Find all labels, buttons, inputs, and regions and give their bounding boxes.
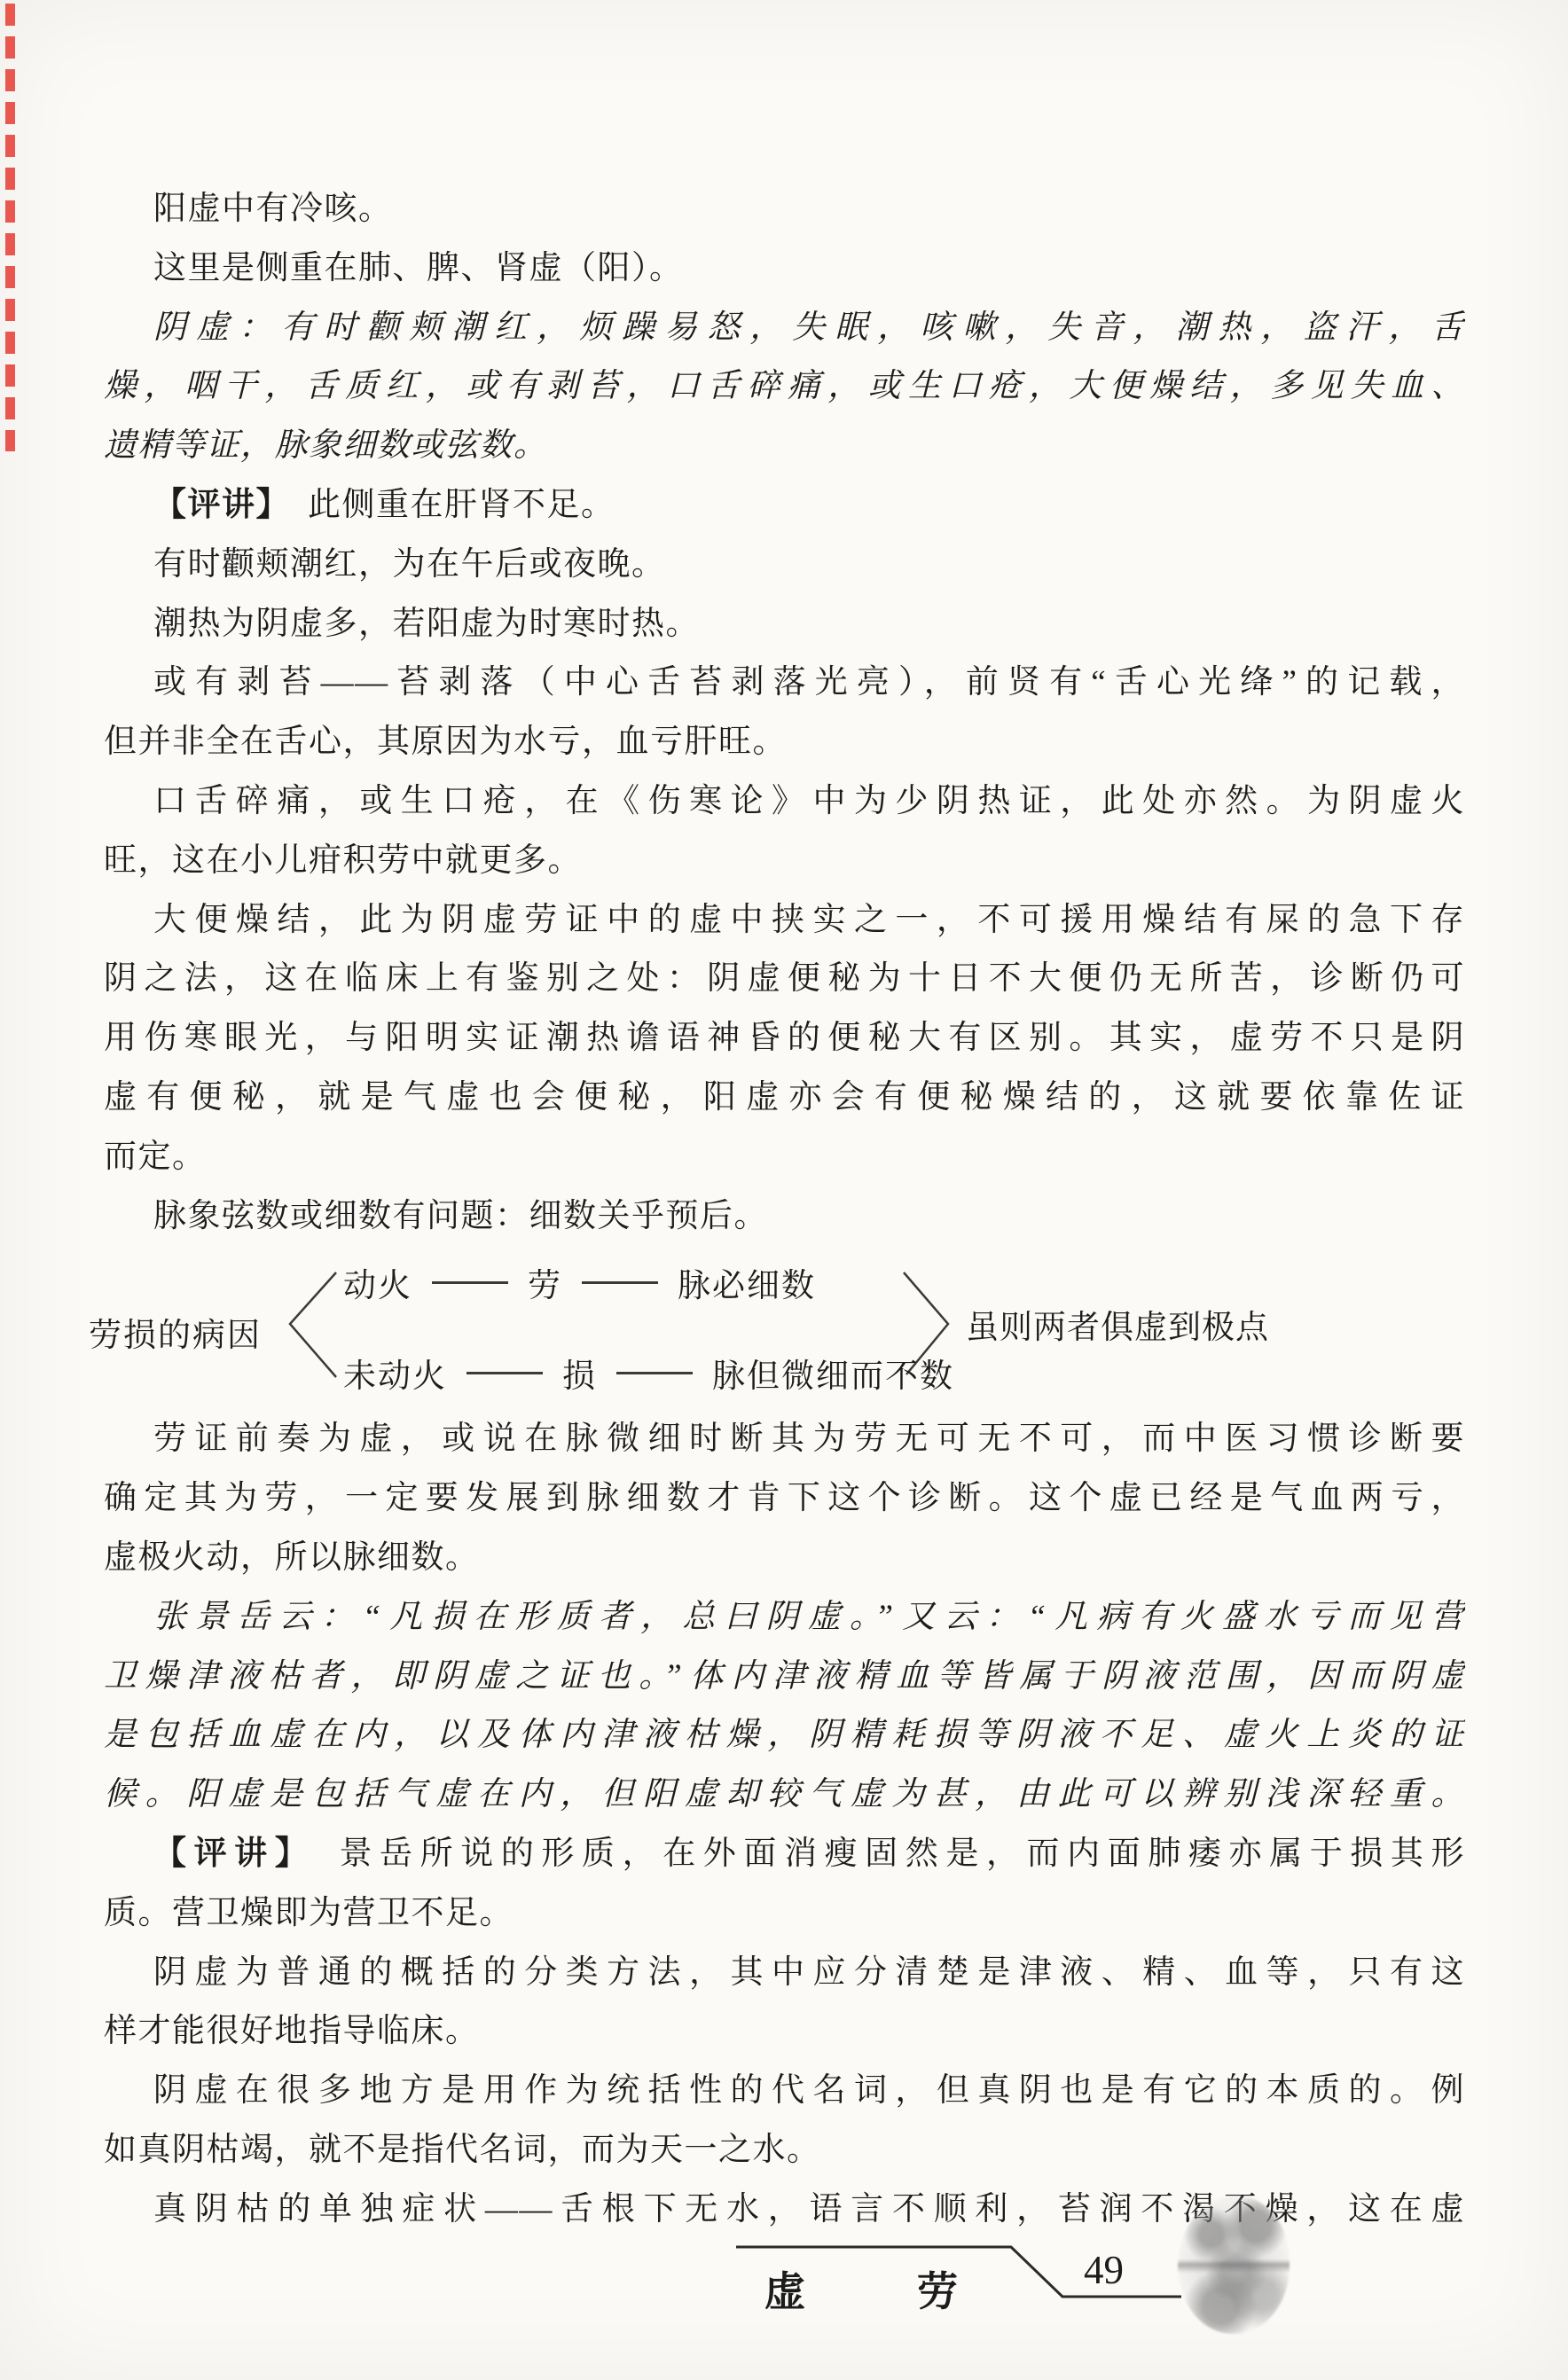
line-text: 遗精等证，脉象细数或弦数。 <box>104 427 548 464</box>
diagram-label: 劳损的病因 <box>89 1308 262 1356</box>
diagram-connector-dash <box>616 1372 693 1374</box>
line-text: 用伤寒眼光，与阳明实证潮热谵语神昏的便秘大有区别。其实，虚劳不只是阴 <box>104 1020 1465 1056</box>
text-line: 或有剥苔——苔剥落（中心舌苔剥落光亮），前贤有“舌心光绛”的记载， <box>104 654 1465 713</box>
line-text: 阴虚：有时颧颊潮红，烦躁易怒，失眠，咳嗽，失音，潮热，盗汗，舌 <box>153 309 1465 346</box>
diagram-branch-row: 动火劳脉必细数 <box>343 1258 816 1306</box>
footer-page-number: 49 <box>1084 2247 1124 2293</box>
paragraph-block-lower: 劳证前奏为虚，或说在脉微细时断其为劳无可无不可，而中医习惯诊断要确定其为劳，一定… <box>104 1410 1465 2239</box>
diagram-connector-dash <box>432 1281 508 1284</box>
book-page: { "page": { "background": "#fbfaf7", "te… <box>0 0 1568 2380</box>
diagram-branch-row: 未动火损脉但微细而不数 <box>343 1349 954 1397</box>
text-line: 遗精等证，脉象细数或弦数。 <box>104 417 1465 476</box>
text-line: 阴虚：有时颧颊潮红，烦躁易怒，失眠，咳嗽，失音，潮热，盗汗，舌 <box>104 299 1465 358</box>
line-text: 虚极火动，所以脉细数。 <box>104 1539 480 1576</box>
line-text: 确定其为劳，一定要发展到脉细数才肯下这个诊断。这个虚已经是气血两亏， <box>104 1480 1465 1516</box>
line-text: 脉象弦数或细数有问题：细数关乎预后。 <box>153 1198 768 1234</box>
line-text: 旺，这在小儿疳积劳中就更多。 <box>104 842 582 879</box>
diagram-branch-text: 未动火 <box>343 1349 447 1397</box>
text-line: 但并非全在舌心，其原因为水亏，血亏肝旺。 <box>104 713 1465 772</box>
text-line: 这里是侧重在肺、脾、肾虚（阳）。 <box>104 239 1465 299</box>
scan-artifact-red-marks <box>5 4 15 451</box>
text-line: 确定其为劳，一定要发展到脉细数才肯下这个诊断。这个虚已经是气血两亏， <box>104 1469 1465 1529</box>
line-text: 潮热为阴虚多，若阳虚为时寒时热。 <box>153 606 700 642</box>
line-text: 此侧重在肝肾不足。 <box>274 487 615 523</box>
text-line: 劳证前奏为虚，或说在脉微细时断其为劳无可无不可，而中医习惯诊断要 <box>104 1410 1465 1469</box>
line-text: 或有剥苔——苔剥落（中心舌苔剥落光亮），前贤有“舌心光绛”的记载， <box>153 664 1465 701</box>
text-line: 用伤寒眼光，与阳明实证潮热谵语神昏的便秘大有区别。其实，虚劳不只是阴 <box>104 1009 1465 1069</box>
text-line: 候。阳虚是包括气虚在内，但阳虚却较气虚为甚，由此可以辨别浅深轻重。 <box>104 1765 1465 1825</box>
line-text: 阴之法，这在临床上有鉴别之处：阴虚便秘为十日不大便仍无所苦，诊断仍可 <box>104 960 1465 997</box>
line-text: 燥，咽干，舌质红，或有剥苔，口舌碎痛，或生口疮，大便燥结，多见失血、 <box>104 368 1465 404</box>
text-line: 如真阴枯竭，就不是指代名词，而为天一之水。 <box>104 2121 1465 2180</box>
line-text: 这里是侧重在肺、脾、肾虚（阳）。 <box>153 250 684 286</box>
text-line: 虚有便秘，就是气虚也会便秘，阳虚亦会有便秘燥结的，这就要依靠佐证 <box>104 1069 1465 1128</box>
line-text: 候。阳虚是包括气虚在内，但阳虚却较气虚为甚，由此可以辨别浅深轻重。 <box>104 1776 1465 1812</box>
diagram-conclusion: 虽则两者俱虚到极点 <box>966 1300 1269 1348</box>
text-line: 燥，咽干，舌质红，或有剥苔，口舌碎痛，或生口疮，大便燥结，多见失血、 <box>104 357 1465 417</box>
etiology-diagram: 劳损的病因 动火劳脉必细数未动火损脉但微细而不数 虽则两者俱虚到极点 <box>104 1246 1465 1410</box>
line-text: 卫燥津液枯者，即阴虚之证也。”体内津液精血等皆属于阴液范围，因而阴虚 <box>104 1658 1465 1695</box>
diagram-branch-text: 脉必细数 <box>678 1258 816 1306</box>
text-column: 阳虚中有冷咳。这里是侧重在肺、脾、肾虚（阳）。阴虚：有时颧颊潮红，烦躁易怒，失眠… <box>104 180 1465 2240</box>
line-text: 阳虚中有冷咳。 <box>153 191 393 227</box>
text-line: 口舌碎痛，或生口疮，在《伤寒论》中为少阴热证，此处亦然。为阴虚火 <box>104 772 1465 832</box>
line-text: 张景岳云：“凡损在形质者，总曰阴虚。”又云：“凡病有火盛水亏而见营 <box>153 1599 1465 1635</box>
line-text: 劳证前奏为虚，或说在脉微细时断其为劳无可无不可，而中医习惯诊断要 <box>153 1421 1465 1457</box>
text-line: 样才能很好地指导临床。 <box>104 2002 1465 2062</box>
line-text: 质。营卫燥即为营卫不足。 <box>104 1895 514 1931</box>
text-line: 质。营卫燥即为营卫不足。 <box>104 1884 1465 1944</box>
line-text: 是包括血虚在内，以及体内津液枯燥，阴精耗损等阴液不足、虚火上炎的证 <box>104 1717 1465 1753</box>
line-text: 样才能很好地指导临床。 <box>104 2013 480 2049</box>
text-line: 阴虚为普通的概括的分类方法，其中应分清楚是津液、精、血等，只有这 <box>104 1944 1465 2003</box>
footer-chapter-title: 虚 劳 <box>764 2259 993 2318</box>
text-line: 潮热为阴虚多，若阳虚为时寒时热。 <box>104 595 1465 654</box>
diagram-branch-text: 脉但微细而不数 <box>712 1349 954 1397</box>
text-line: 是包括血虚在内，以及体内津液枯燥，阴精耗损等阴液不足、虚火上炎的证 <box>104 1706 1465 1765</box>
diagram-branch-text: 损 <box>562 1349 597 1397</box>
section-marker: 【评讲】 <box>153 487 274 523</box>
line-text: 如真阴枯竭，就不是指代名词，而为天一之水。 <box>104 2132 821 2168</box>
section-marker: 【评讲】 <box>153 1836 299 1872</box>
text-line: 阴之法，这在临床上有鉴别之处：阴虚便秘为十日不大便仍无所苦，诊断仍可 <box>104 950 1465 1009</box>
text-line: 阴虚在很多地方是用作为统括性的代名词，但真阴也是有它的本质的。例 <box>104 2062 1465 2121</box>
diagram-branch-text: 动火 <box>343 1258 412 1306</box>
paragraph-block-upper: 阳虚中有冷咳。这里是侧重在肺、脾、肾虚（阳）。阴虚：有时颧颊潮红，烦躁易怒，失眠… <box>104 180 1465 1246</box>
line-text: 口舌碎痛，或生口疮，在《伤寒论》中为少阴热证，此处亦然。为阴虚火 <box>153 783 1465 819</box>
text-line: 旺，这在小儿疳积劳中就更多。 <box>104 832 1465 891</box>
text-line: 【评讲】 景岳所说的形质，在外面消瘦固然是，而内面肺痿亦属于损其形 <box>104 1825 1465 1884</box>
text-line: 虚极火动，所以脉细数。 <box>104 1529 1465 1588</box>
line-text: 有时颧颊潮红，为在午后或夜晚。 <box>153 546 666 583</box>
text-line: 脉象弦数或细数有问题：细数关乎预后。 <box>104 1187 1465 1247</box>
line-text: 但并非全在舌心，其原因为水亏，血亏肝旺。 <box>104 724 787 760</box>
line-text: 景岳所说的形质，在外面消瘦固然是，而内面肺痿亦属于损其形 <box>299 1836 1465 1872</box>
line-text: 大便燥结，此为阴虚劳证中的虚中挟实之一，不可援用燥结有屎的急下存 <box>153 902 1465 938</box>
line-text: 阴虚为普通的概括的分类方法，其中应分清楚是津液、精、血等，只有这 <box>153 1954 1465 1991</box>
text-line: 而定。 <box>104 1128 1465 1187</box>
decorative-stamp <box>1178 2196 1290 2334</box>
text-line: 卫燥津液枯者，即阴虚之证也。”体内津液精血等皆属于阴液范围，因而阴虚 <box>104 1648 1465 1707</box>
line-text: 虚有便秘，就是气虚也会便秘，阳虚亦会有便秘燥结的，这就要依靠佐证 <box>104 1079 1465 1116</box>
line-text: 阴虚在很多地方是用作为统括性的代名词，但真阴也是有它的本质的。例 <box>153 2072 1465 2109</box>
text-line: 阳虚中有冷咳。 <box>104 180 1465 239</box>
line-text: 而定。 <box>104 1139 207 1175</box>
text-line: 张景岳云：“凡损在形质者，总曰阴虚。”又云：“凡病有火盛水亏而见营 <box>104 1588 1465 1648</box>
diagram-branch-text: 劳 <box>528 1258 562 1306</box>
text-line: 大便燥结，此为阴虚劳证中的虚中挟实之一，不可援用燥结有屎的急下存 <box>104 891 1465 951</box>
diagram-connector-dash <box>466 1372 543 1374</box>
text-line: 有时颧颊潮红，为在午后或夜晚。 <box>104 536 1465 595</box>
text-line: 【评讲】 此侧重在肝肾不足。 <box>104 476 1465 536</box>
diagram-connector-dash <box>582 1281 658 1284</box>
